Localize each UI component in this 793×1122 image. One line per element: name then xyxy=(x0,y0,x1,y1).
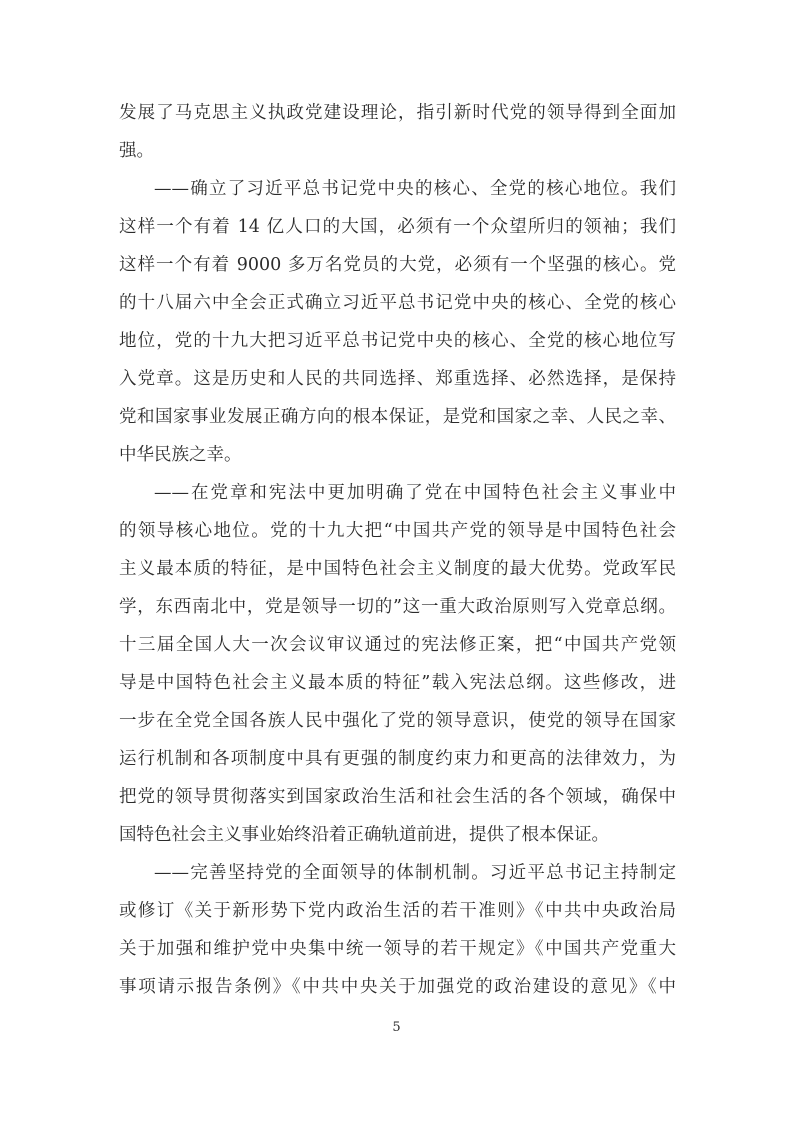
text-line: 的十八届六中全会正式确立习近平总书记党中央的核心、全党的核心 xyxy=(119,284,676,322)
text-line: 这样一个有着 14 亿人口的大国，必须有一个众望所归的领袖；我们 xyxy=(119,208,676,246)
text-line: 导是中国特色社会主义最本质的特征”载入宪法总纲。这些修改，进 xyxy=(119,664,676,702)
text-line: 关于加强和维护党中央集中统一领导的若干规定》《中国共产党重大 xyxy=(119,930,676,968)
page-number: 5 xyxy=(0,1020,793,1035)
text-line: 主义最本质的特征，是中国特色社会主义制度的最大优势。党政军民 xyxy=(119,550,676,588)
document-page: 发展了马克思主义执政党建设理论，指引新时代党的领导得到全面加强。——确立了习近平… xyxy=(0,0,793,1122)
text-line: 十三届全国人大一次会议审议通过的宪法修正案，把“中国共产党领 xyxy=(119,626,676,664)
text-line: 中华民族之幸。 xyxy=(119,436,676,474)
text-line: 这样一个有着 9000 多万名党员的大党，必须有一个坚强的核心。党 xyxy=(119,246,676,284)
text-line: ——完善坚持党的全面领导的体制机制。习近平总书记主持制定 xyxy=(119,854,676,892)
text-line: 地位，党的十九大把习近平总书记党中央的核心、全党的核心地位写 xyxy=(119,322,676,360)
text-line: 事项请示报告条例》《中共中央关于加强党的政治建设的意见》《中 xyxy=(119,968,676,1006)
text-line: 党和国家事业发展正确方向的根本保证，是党和国家之幸、人民之幸、 xyxy=(119,398,676,436)
text-line: 一步在全党全国各族人民中强化了党的领导意识，使党的领导在国家 xyxy=(119,702,676,740)
text-line: 的领导核心地位。党的十九大把“中国共产党的领导是中国特色社会 xyxy=(119,512,676,550)
body-text-block: 发展了马克思主义执政党建设理论，指引新时代党的领导得到全面加强。——确立了习近平… xyxy=(119,94,676,1006)
text-line: 国特色社会主义事业始终沿着正确轨道前进，提供了根本保证。 xyxy=(119,816,676,854)
text-line: ——在党章和宪法中更加明确了党在中国特色社会主义事业中 xyxy=(119,474,676,512)
text-line: 学，东西南北中，党是领导一切的”这一重大政治原则写入党章总纲。 xyxy=(119,588,676,626)
text-line: 强。 xyxy=(119,132,676,170)
text-line: ——确立了习近平总书记党中央的核心、全党的核心地位。我们 xyxy=(119,170,676,208)
text-line: 运行机制和各项制度中具有更强的制度约束力和更高的法律效力，为 xyxy=(119,740,676,778)
text-line: 把党的领导贯彻落实到国家政治生活和社会生活的各个领域，确保中 xyxy=(119,778,676,816)
text-line: 或修订《关于新形势下党内政治生活的若干准则》《中共中央政治局 xyxy=(119,892,676,930)
text-line: 入党章。这是历史和人民的共同选择、郑重选择、必然选择，是保持 xyxy=(119,360,676,398)
text-line: 发展了马克思主义执政党建设理论，指引新时代党的领导得到全面加 xyxy=(119,94,676,132)
